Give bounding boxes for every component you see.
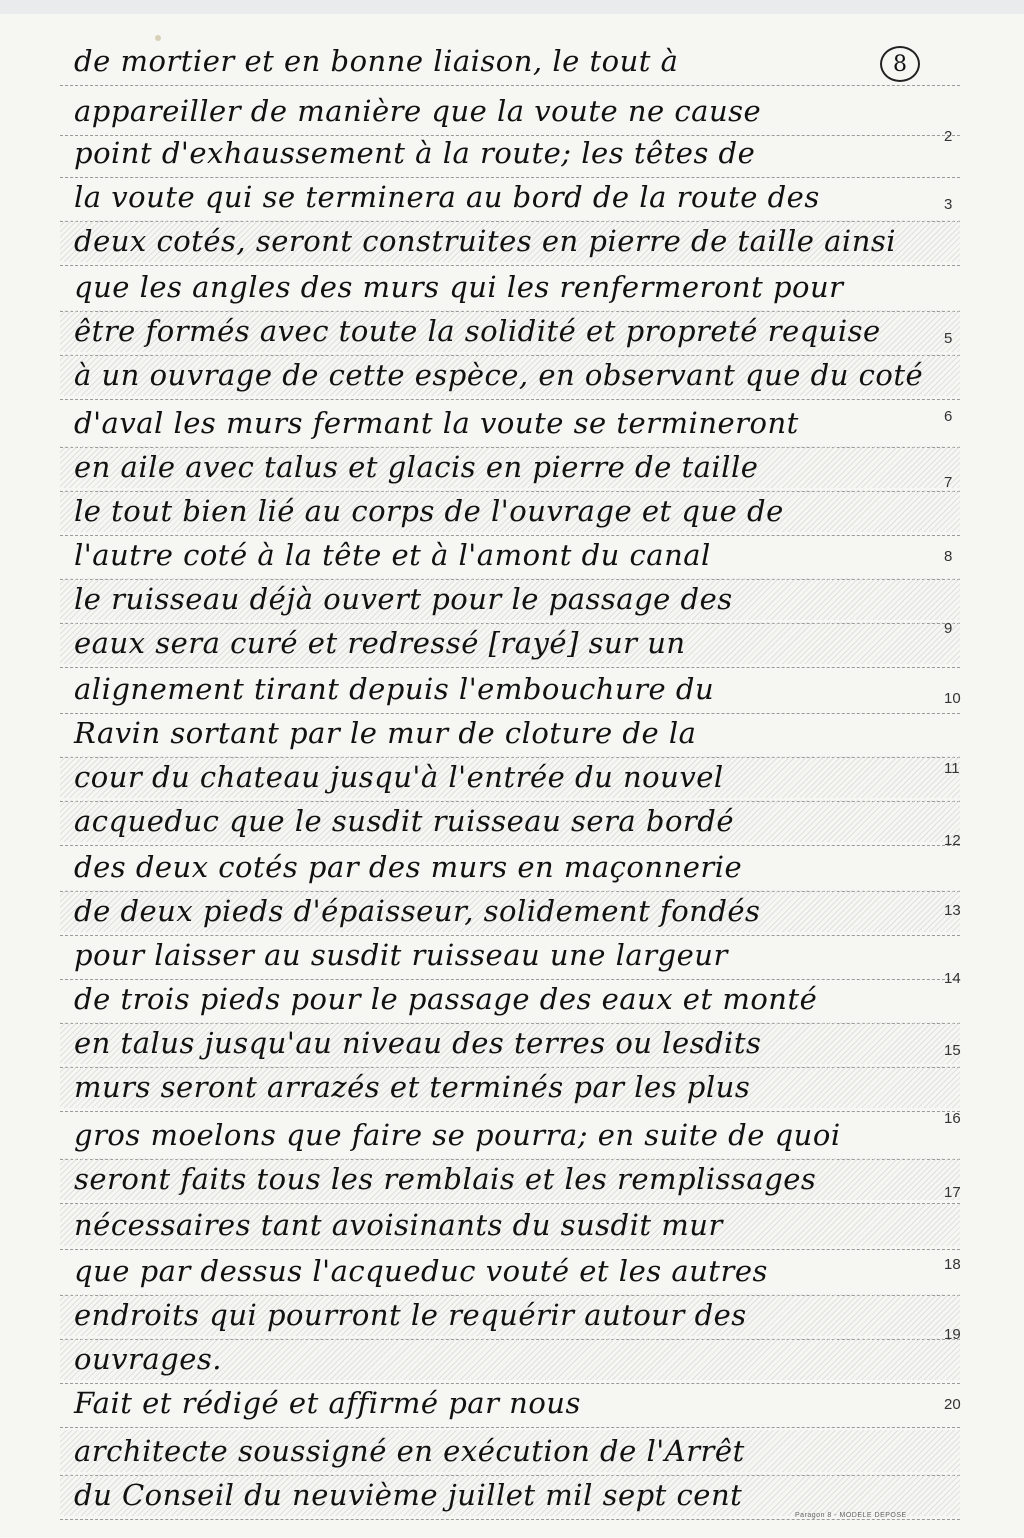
handwritten-text: en talus jusqu'au niveau des terres ou l… [74,1026,761,1060]
handwritten-text: que par dessus l'acqueduc vouté et les a… [74,1254,768,1288]
handwritten-text: à un ouvrage de cette espèce, en observa… [74,358,923,392]
margin-line-number: 2 [944,128,974,145]
handwritten-text: de mortier et en bonne liaison, le tout … [74,44,678,78]
handwritten-text: en aile avec talus et glacis en pierre d… [74,450,758,484]
handwritten-text: ouvrages. [74,1342,222,1376]
margin-line-number: 13 [944,902,974,919]
handwritten-text: alignement tirant depuis l'embouchure du [74,672,714,706]
handwritten-text: nécessaires tant avoisinants du susdit m… [74,1208,723,1242]
handwritten-text: Ravin sortant par le mur de cloture de l… [74,716,696,750]
handwritten-text: le ruisseau déjà ouvert pour le passage … [74,582,733,616]
margin-line-number: 12 [944,832,974,849]
handwritten-text: la voute qui se terminera au bord de la … [74,180,820,214]
margin-line-number: 14 [944,970,974,987]
manuscript-line: de mortier et en bonne liaison, le tout … [60,30,960,86]
handwritten-text: d'aval les murs fermant la voute se term… [74,406,799,440]
handwritten-text: murs seront arrazés et terminés par les … [74,1070,750,1104]
margin-line-number: 6 [944,408,974,425]
handwritten-text: seront faits tous les remblais et les re… [74,1162,816,1196]
handwritten-text: Fait et rédigé et affirmé par nous [74,1386,581,1420]
handwritten-text: eaux sera curé et redressé [rayé] sur un [74,626,686,660]
handwritten-text: deux cotés, seront construites en pierre… [74,224,896,258]
margin-line-number: 17 [944,1184,974,1201]
handwritten-text: gros moelons que faire se pourra; en sui… [74,1118,841,1152]
ruled-line [60,1519,960,1520]
handwritten-text: des deux cotés par des murs en maçonneri… [74,850,742,884]
handwritten-text: pour laisser au susdit ruisseau une larg… [74,938,728,972]
margin-line-number: 15 [944,1042,974,1059]
margin-line-number: 11 [944,760,974,777]
margin-line-number: 9 [944,620,974,637]
margin-line-number: 5 [944,330,974,347]
handwritten-text: de trois pieds pour le passage des eaux … [74,982,817,1016]
margin-line-number: 18 [944,1256,974,1273]
handwritten-text: du Conseil du neuvième juillet mil sept … [74,1478,742,1512]
handwritten-lines: de mortier et en bonne liaison, le tout … [0,0,1024,1538]
handwritten-text: point d'exhaussement à la route; les têt… [74,136,755,170]
handwritten-text: cour du chateau jusqu'à l'entrée du nouv… [74,760,724,794]
margin-line-number: 16 [944,1110,974,1127]
margin-line-number: 8 [944,548,974,565]
handwritten-text: de deux pieds d'épaisseur, solidement fo… [74,894,760,928]
handwritten-text: acqueduc que le susdit ruisseau sera bor… [74,804,734,838]
margin-line-number: 20 [944,1396,974,1413]
handwritten-text: endroits qui pourront le requérir autour… [74,1298,747,1332]
handwritten-text: que les angles des murs qui les renferme… [74,270,844,304]
margin-line-number: 3 [944,196,974,213]
handwritten-text: l'autre coté à la tête et à l'amont du c… [74,538,711,572]
margin-line-number: 10 [944,690,974,707]
margin-line-number: 19 [944,1326,974,1343]
handwritten-text: être formés avec toute la solidité et pr… [74,314,881,348]
printer-mark: Paragon 8 - MODELE DEPOSE [795,1512,907,1519]
margin-line-number: 7 [944,474,974,491]
handwritten-text: le tout bien lié au corps de l'ouvrage e… [74,494,784,528]
handwritten-text: architecte soussigné en exécution de l'A… [74,1434,745,1468]
